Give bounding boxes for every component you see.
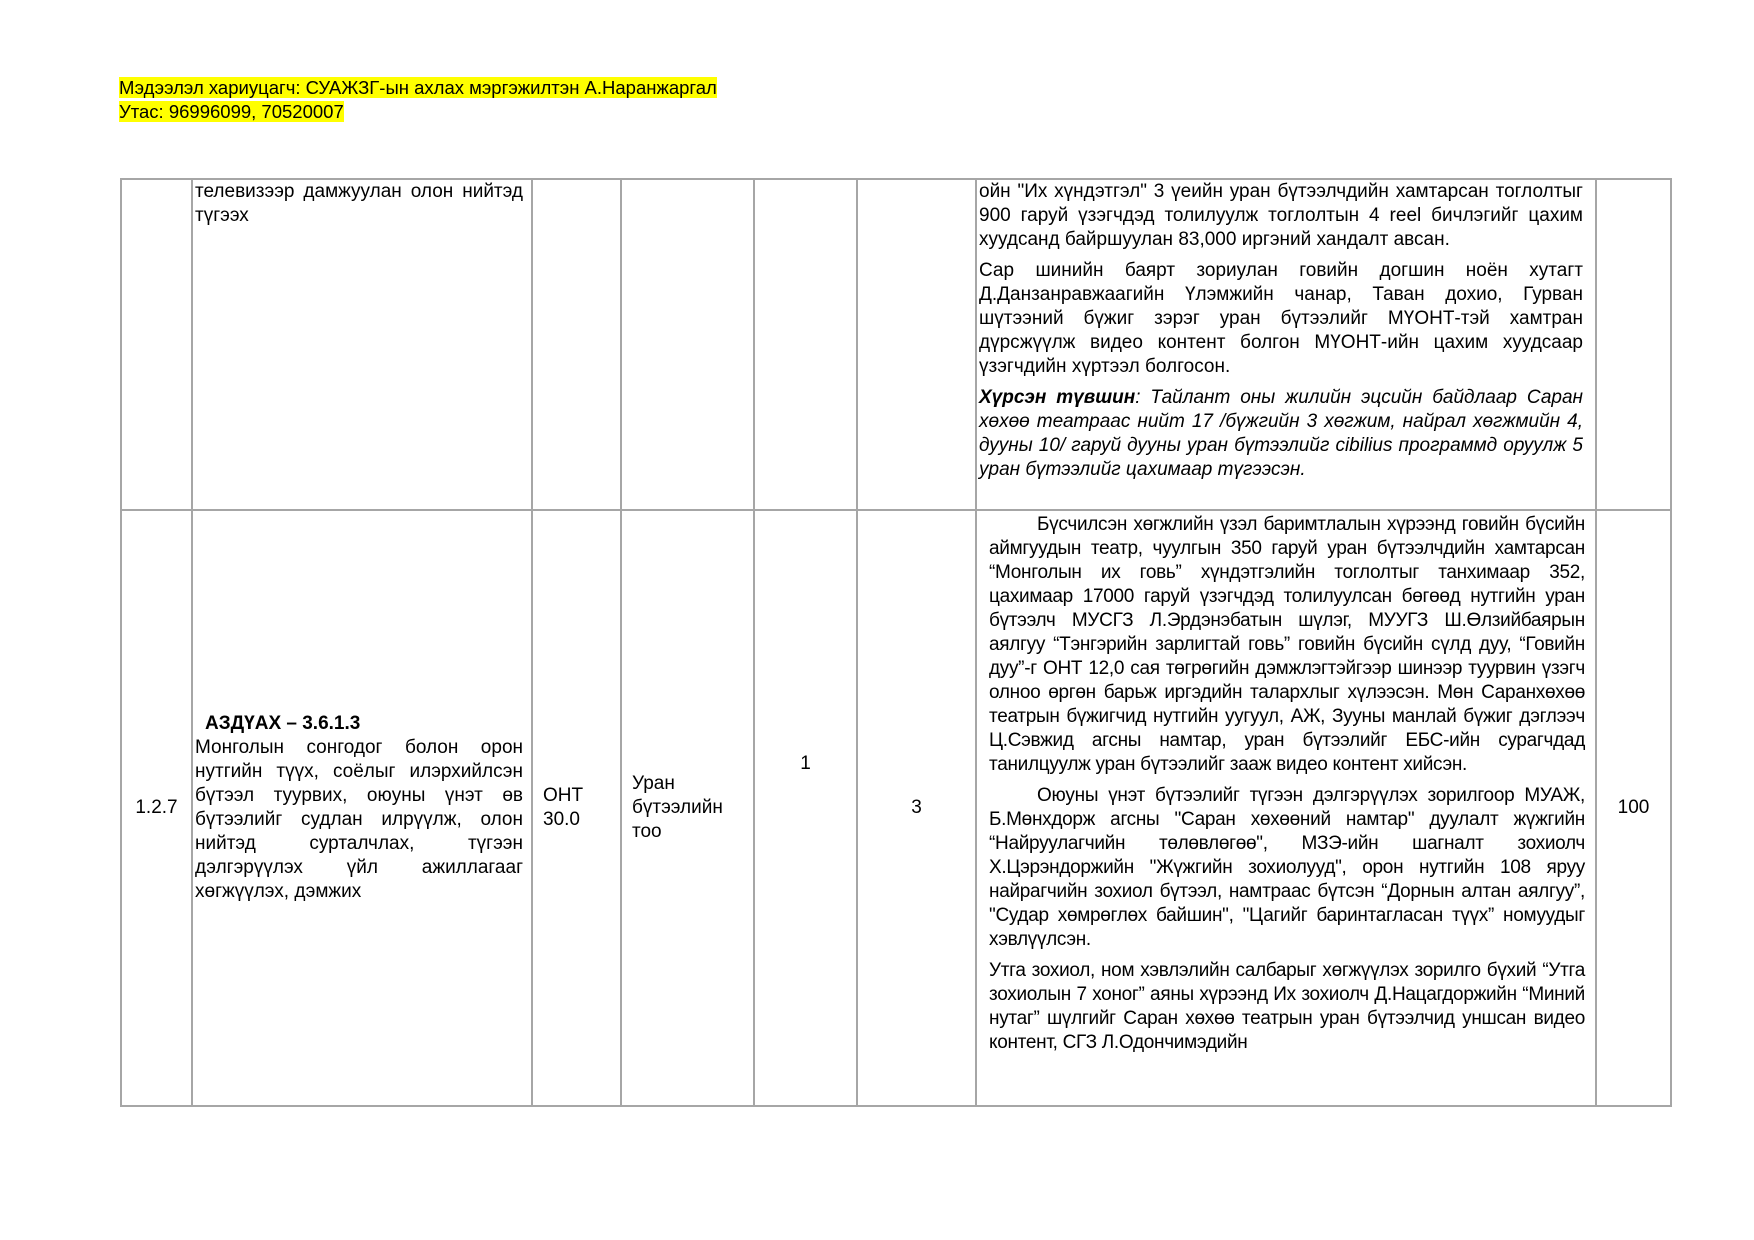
task-description: телевизээр дамжуулан олон нийтэд түгээх (192, 179, 532, 510)
report-paragraph: Утга зохиол, ном хэвлэлийн салбарыг хөгж… (989, 959, 1585, 1055)
report-cell: Бүсчилсэн хөгжлийн үзэл баримтлалын хүрэ… (976, 510, 1596, 1106)
report-table: телевизээр дамжуулан олон нийтэд түгээх … (120, 178, 1672, 1107)
phone-numbers: Утас: 96996099, 70520007 (119, 101, 344, 122)
report-paragraph: ойн "Их хүндэтгэл" 3 үеийн уран бүтээлчд… (979, 180, 1583, 252)
baseline-value: 1 (757, 752, 854, 776)
table-row: 1.2.7 АЗДҮАХ – 3.6.1.3 Монголын сонгодог… (121, 510, 1671, 1106)
achieved-level: Хүрсэн түвшин: Тайлант оны жилийн эцсийн… (979, 386, 1583, 482)
baseline-cell: 1 (754, 510, 857, 1106)
row-id (121, 179, 192, 510)
budget-cell (532, 179, 621, 510)
achieved-label: Хүрсэн түвшин (979, 387, 1135, 408)
score-cell (1596, 179, 1671, 510)
report-paragraph: Сар шинийн баярт зориулан говийн догшин … (979, 259, 1583, 379)
document-header: Мэдээлэл хариуцагч: СУАЖЗГ-ын ахлах мэрг… (119, 76, 717, 124)
budget-cell: ОНТ 30.0 (532, 510, 621, 1106)
report-paragraph: Бүсчилсэн хөгжлийн үзэл баримтлалын хүрэ… (989, 513, 1585, 777)
task-cell: АЗДҮАХ – 3.6.1.3 Монголын сонгодог болон… (192, 510, 532, 1106)
task-code: АЗДҮАХ – 3.6.1.3 (195, 712, 523, 736)
table-row: телевизээр дамжуулан олон нийтэд түгээх … (121, 179, 1671, 510)
budget-value: ОНТ 30.0 (543, 784, 593, 832)
indicator-cell: Уран бүтээлийн тоо (621, 510, 754, 1106)
score-cell: 100 (1596, 510, 1671, 1106)
report-cell: ойн "Их хүндэтгэл" 3 үеийн уран бүтээлчд… (976, 179, 1596, 510)
indicator-value: Уран бүтээлийн тоо (632, 772, 743, 844)
target-cell (857, 179, 976, 510)
responsible-person: Мэдээлэл хариуцагч: СУАЖЗГ-ын ахлах мэрг… (119, 77, 717, 98)
report-paragraph: Оюуны үнэт бүтээлийг түгээн дэлгэрүүлэх … (989, 784, 1585, 952)
task-description: Монголын сонгодог болон орон нутгийн түү… (195, 736, 523, 904)
indicator-cell (621, 179, 754, 510)
row-id: 1.2.7 (121, 510, 192, 1106)
target-cell: 3 (857, 510, 976, 1106)
baseline-cell (754, 179, 857, 510)
